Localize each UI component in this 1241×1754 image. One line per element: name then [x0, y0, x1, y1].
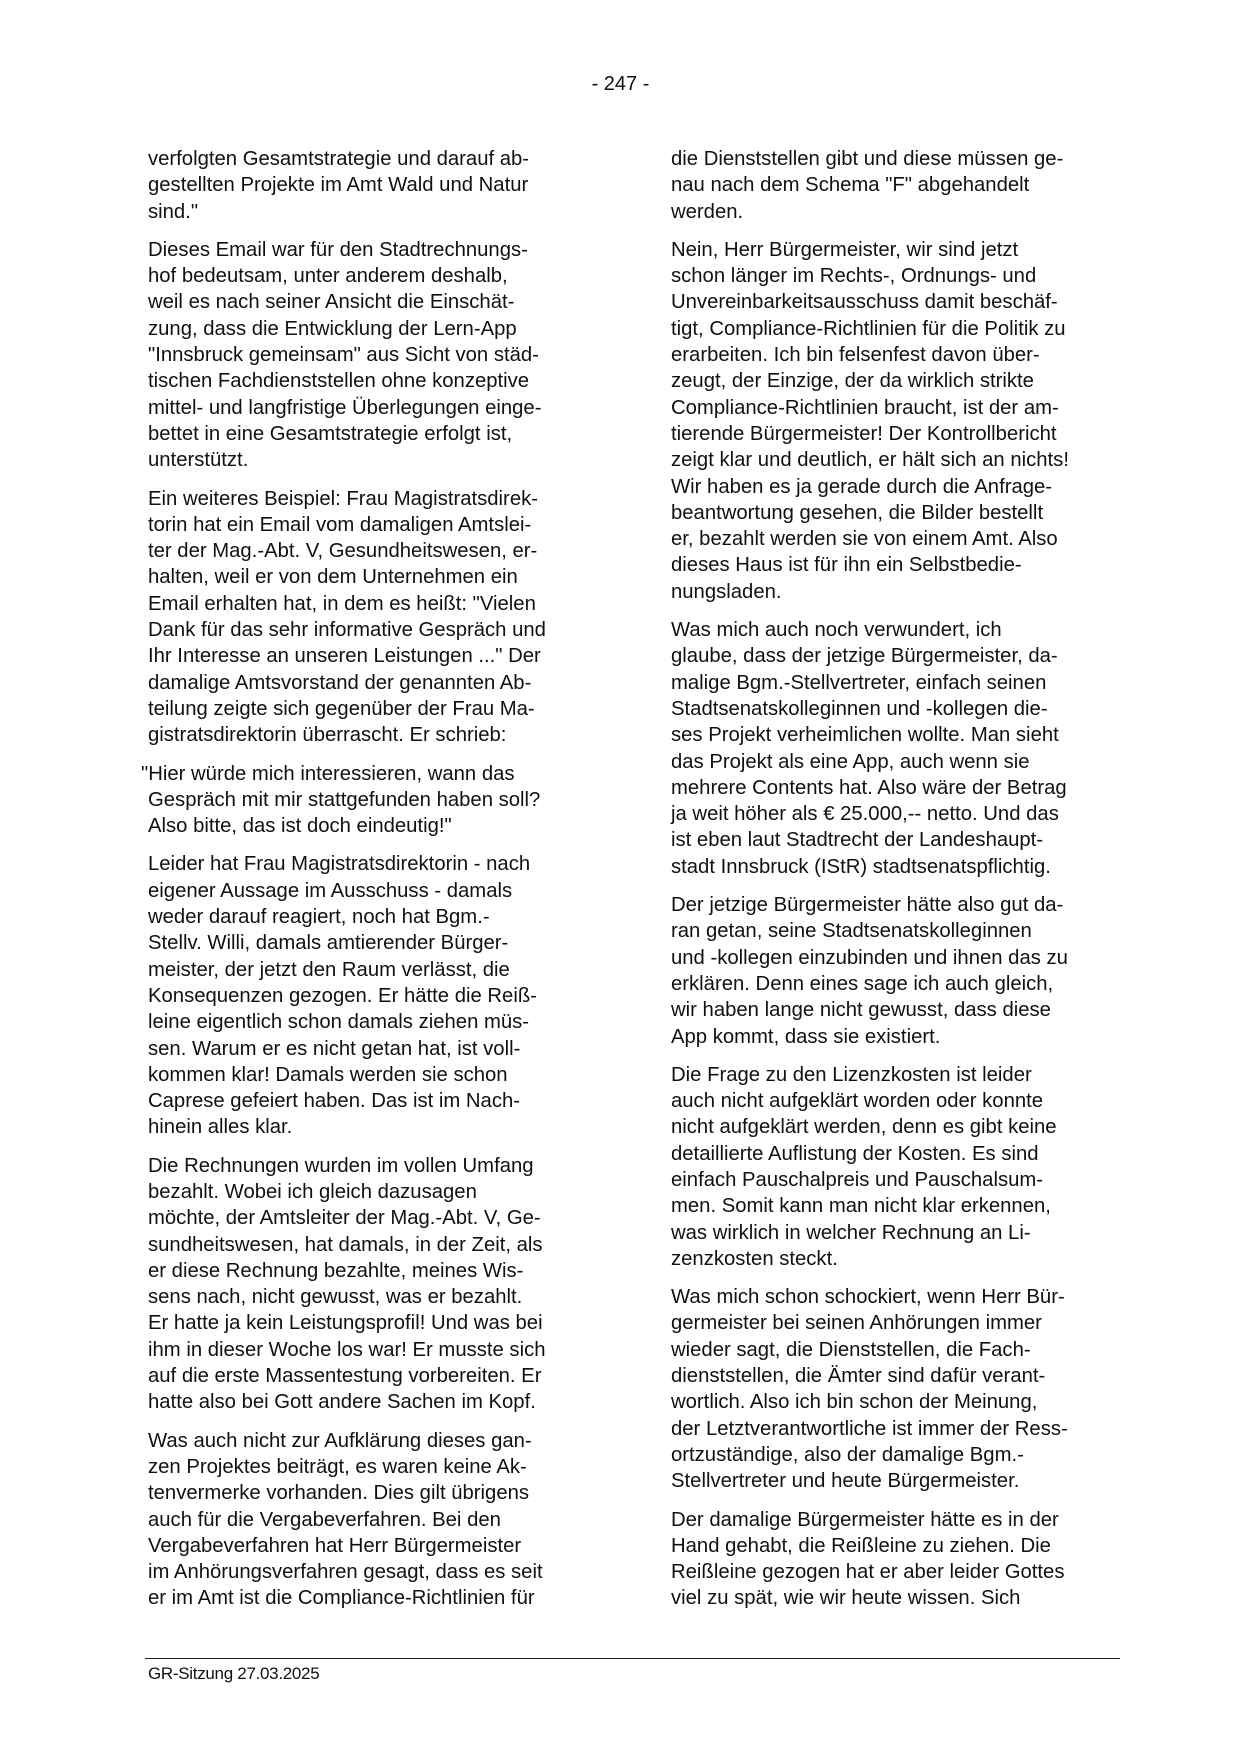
paragraph: die Dienststellen gibt und diese müssen … — [671, 146, 1131, 225]
quote-paragraph: "Hier würde mich interessieren, wann das… — [148, 761, 608, 840]
paragraph: Dieses Email war für den Stadtrechnungs-… — [148, 237, 608, 474]
paragraph: verfolgten Gesamtstrategie und darauf ab… — [148, 146, 608, 225]
footer-divider — [145, 1658, 1120, 1659]
paragraph: Ein weiteres Beispiel: Frau Magistratsdi… — [148, 486, 608, 749]
paragraph: Was mich schon schockiert, wenn Herr Bür… — [671, 1284, 1131, 1494]
paragraph: Was mich auch noch verwundert, ich glaub… — [671, 617, 1131, 880]
paragraph: Der damalige Bürgermeister hätte es in d… — [671, 1507, 1131, 1612]
right-column: die Dienststellen gibt und diese müssen … — [671, 146, 1131, 1624]
paragraph: Die Frage zu den Lizenzkosten ist leider… — [671, 1062, 1131, 1272]
paragraph: Die Rechnungen wurden im vollen Umfang b… — [148, 1153, 608, 1416]
page-number: - 247 - — [0, 72, 1241, 96]
paragraph: Der jetzige Bürgermeister hätte also gut… — [671, 892, 1131, 1050]
paragraph: Was auch nicht zur Aufklärung dieses gan… — [148, 1428, 608, 1612]
left-column: verfolgten Gesamtstrategie und darauf ab… — [148, 146, 608, 1624]
footer-session-date: GR-Sitzung 27.03.2025 — [148, 1664, 319, 1684]
paragraph: Nein, Herr Bürgermeister, wir sind jetzt… — [671, 237, 1131, 605]
paragraph: Leider hat Frau Magistratsdirektorin - n… — [148, 851, 608, 1140]
